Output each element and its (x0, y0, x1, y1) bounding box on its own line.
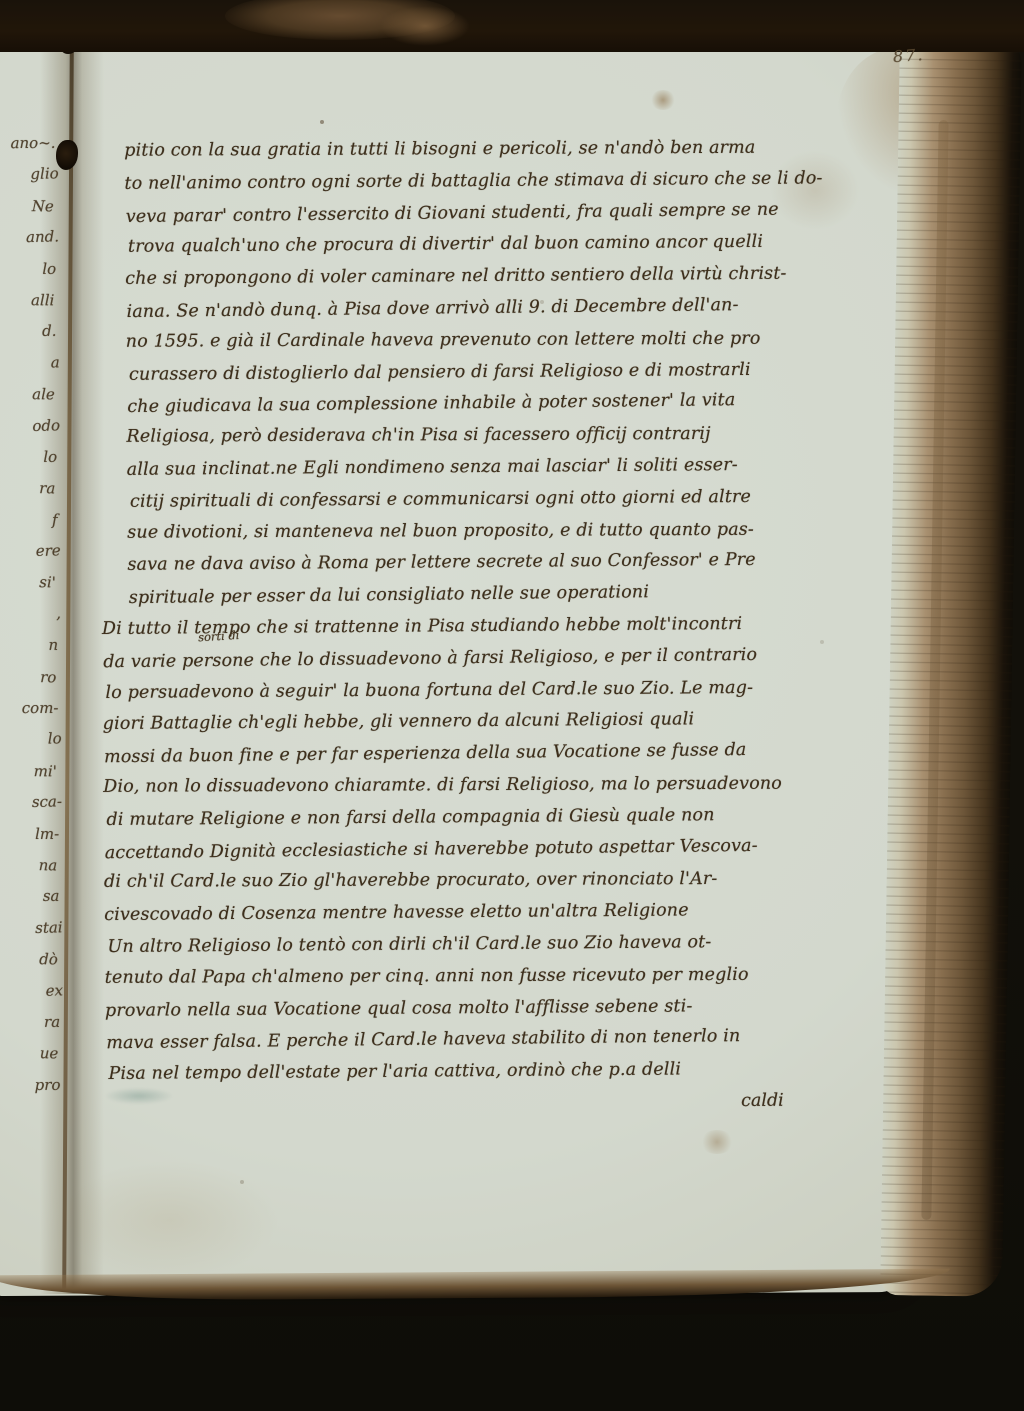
facing-page-text-fragment: ra (0, 473, 56, 505)
facing-page-text-fragment: sa (1, 881, 59, 913)
facing-page-text-fragment: ex (5, 975, 64, 1008)
page-bottom-edge (0, 1269, 950, 1302)
facing-page-text-fragment: com- (0, 693, 58, 725)
facing-page-text-fragment: lo (0, 253, 56, 285)
manuscript-text-line: citij spirituali di confessarsi e commun… (130, 481, 846, 518)
manuscript-text-line: Un altro Religioso lo tentò con dirli ch… (107, 926, 849, 964)
manuscript-photo: 87. ano~. glio Ne and. lo alli d. a ale … (0, 0, 1024, 1411)
manuscript-text-line: no 1595. e già il Cardinale haveva preve… (126, 323, 842, 358)
facing-page-text-fragment: ro (0, 661, 57, 693)
manuscript-text-block: pitio con la sua gratia in tutti li biso… (124, 131, 848, 1120)
facing-page-text-fragment: alli (0, 285, 55, 317)
facing-page-text-fragment: Ne (0, 190, 54, 222)
facing-page-fragments: ano~. glio Ne and. lo alli d. a ale odo … (0, 128, 61, 1101)
dust-speck (320, 120, 324, 124)
paragraph-1: pitio con la sua gratia in tutti li biso… (124, 131, 844, 614)
facing-page-text-fragment: dò (0, 944, 58, 976)
facing-page-text-fragment: glio (0, 159, 59, 192)
paragraph-2: sorti di Di tutto il tempo che si tratte… (102, 608, 848, 1121)
facing-page-text-fragment: f (0, 505, 58, 537)
manuscript-text-line: tenuto dal Papa ch'almeno per cinq. anni… (105, 959, 847, 994)
facing-page-text-fragment: d. (0, 316, 57, 348)
facing-page-text-fragment: sca- (4, 787, 63, 820)
manuscript-text-line: Religiosa, però desiderava ch'in Pisa si… (126, 418, 842, 453)
manuscript-text-line: sue divotioni, si manteneva nel buon pro… (127, 514, 843, 549)
facing-page-text-fragment: lo (3, 724, 62, 757)
facing-page-text-fragment: and. (1, 222, 60, 255)
facing-page-text-fragment: ale (0, 379, 55, 411)
facing-page-text-fragment: odo (2, 410, 61, 443)
book-cover-top (0, 0, 1024, 52)
manuscript-text-line: lo persuadevono à seguir' la buona fortu… (105, 672, 847, 710)
facing-page-text-fragment: pro (2, 1070, 60, 1102)
manuscript-text-line: Pisa nel tempo dell'estate per l'aria ca… (108, 1053, 850, 1091)
manuscript-text-line: Dio, non lo dissuadevono chiaramte. di f… (103, 768, 845, 803)
facing-page-text-fragment: na (0, 850, 58, 882)
ink-smudge (106, 1088, 172, 1104)
dust-speck (820, 640, 824, 644)
fore-edge-pages (880, 33, 1022, 1297)
facing-page-text-fragment: ue (0, 1038, 58, 1070)
facing-page-text-fragment: ano~. (0, 128, 56, 160)
facing-page-text-fragment: si' (0, 567, 56, 599)
manuscript-text-line: trova qualch'uno che procura di divertir… (128, 227, 844, 264)
facing-page-text-fragment: a (1, 347, 60, 380)
dust-speck (240, 1180, 244, 1184)
interlinear-insertion: sorti di (198, 628, 240, 644)
facing-page-text-fragment: lm- (1, 818, 59, 850)
facing-page-text-fragment: , (3, 598, 62, 631)
catchword: caldi (106, 1085, 848, 1121)
cover-wear-blotch (380, 6, 470, 46)
facing-page-text-fragment: n (0, 630, 58, 662)
facing-page-text-fragment: stai (4, 912, 63, 945)
facing-page-text-fragment: lo (0, 442, 57, 474)
page-number: 87. (892, 45, 925, 66)
manuscript-text-line: di ch'il Card.le suo Zio gl'haverebbe pr… (104, 864, 846, 899)
facing-page-text-fragment: ere (2, 535, 61, 568)
facing-page-text-fragment: ra (2, 1007, 60, 1039)
manuscript-text-line: pitio con la sua gratia in tutti li biso… (124, 132, 840, 167)
facing-page-text-fragment: mi' (0, 755, 57, 787)
dust-speck (540, 300, 544, 304)
